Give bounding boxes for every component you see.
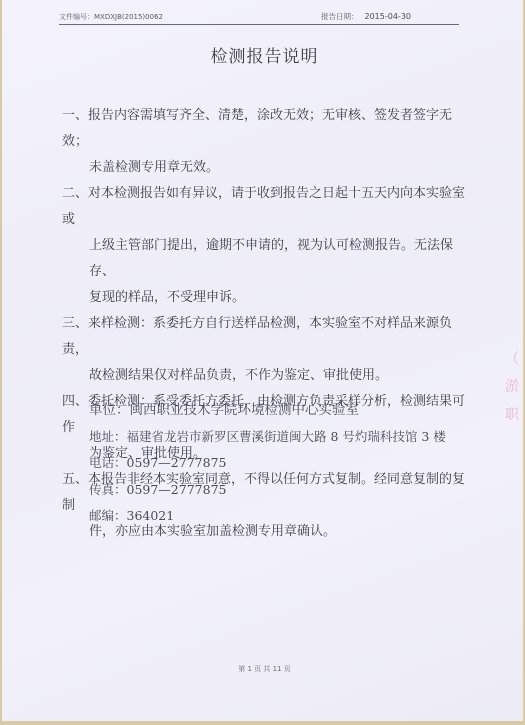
item-text-cont: 复现的样品，不受理申诉。 [62, 285, 467, 311]
item-text-cont: 上级主管部门提出，逾期不申请的，视为认可检测报告。无法保存、 [62, 233, 467, 285]
stamp-char: 职 [505, 401, 523, 429]
item-number: 四、 [62, 389, 88, 415]
file-number: 文件编号：MXDXJB(2015)0062 [59, 12, 163, 22]
contact-unit: 单位：闽西职业技术学院环境检测中心实验室 [89, 397, 489, 424]
contact-block: 单位：闽西职业技术学院环境检测中心实验室 地址：福建省龙岩市新罗区曹溪街道闽大路… [89, 397, 489, 530]
contact-address: 地址：福建省龙岩市新罗区曹溪街道闽大路 8 号灼瑞科技馆 3 楼 [89, 424, 489, 451]
item-number: 五、 [62, 467, 88, 493]
item-number: 二、 [62, 181, 88, 207]
document-page: 文件编号：MXDXJB(2015)0062 报告日期：2015-04-30 检测… [2, 0, 523, 721]
list-item: 三、来样检测：系委托方自行送样品检测，本实验室不对样品来源负责， 故检测结果仅对… [62, 311, 467, 389]
item-number: 三、 [62, 311, 88, 337]
contact-postcode: 邮编：364021 [89, 503, 489, 530]
page-header: 文件编号：MXDXJB(2015)0062 报告日期：2015-04-30 [59, 8, 459, 25]
item-text: 报告内容需填写齐全、清楚，涂改无效；无审核、签发者签字无效； [62, 108, 452, 149]
item-text: 来样检测：系委托方自行送样品检测，本实验室不对样品来源负责， [62, 316, 452, 357]
stamp-char: 淤 [505, 373, 523, 401]
page-number: 第 1 页 共 11 页 [2, 664, 525, 674]
page-title: 检测报告说明 [2, 42, 525, 67]
item-text-cont: 未盖检测专用章无效。 [62, 155, 467, 181]
list-item: 二、对本检测报告如有异议，请于收到报告之日起十五天内向本实验室或 上级主管部门提… [62, 181, 467, 311]
contact-fax: 传真：0597—2777875 [89, 477, 489, 504]
item-number: 一、 [62, 103, 88, 129]
list-item: 一、报告内容需填写齐全、清楚，涂改无效；无审核、签发者签字无效； 未盖检测专用章… [62, 103, 467, 181]
item-text: 对本检测报告如有异议，请于收到报告之日起十五天内向本实验室或 [62, 186, 465, 227]
report-date-label: 报告日期： [321, 12, 359, 21]
item-text-cont: 故检测结果仅对样品负责，不作为鉴定、审批使用。 [62, 363, 467, 389]
seal-stamp-fragment: （ 淤 职 [505, 345, 523, 445]
stamp-char: （ [505, 345, 523, 373]
report-date-value: 2015-04-30 [365, 12, 412, 21]
contact-phone: 电话：0597—2777875 [89, 450, 489, 477]
report-date: 报告日期：2015-04-30 [321, 11, 411, 22]
